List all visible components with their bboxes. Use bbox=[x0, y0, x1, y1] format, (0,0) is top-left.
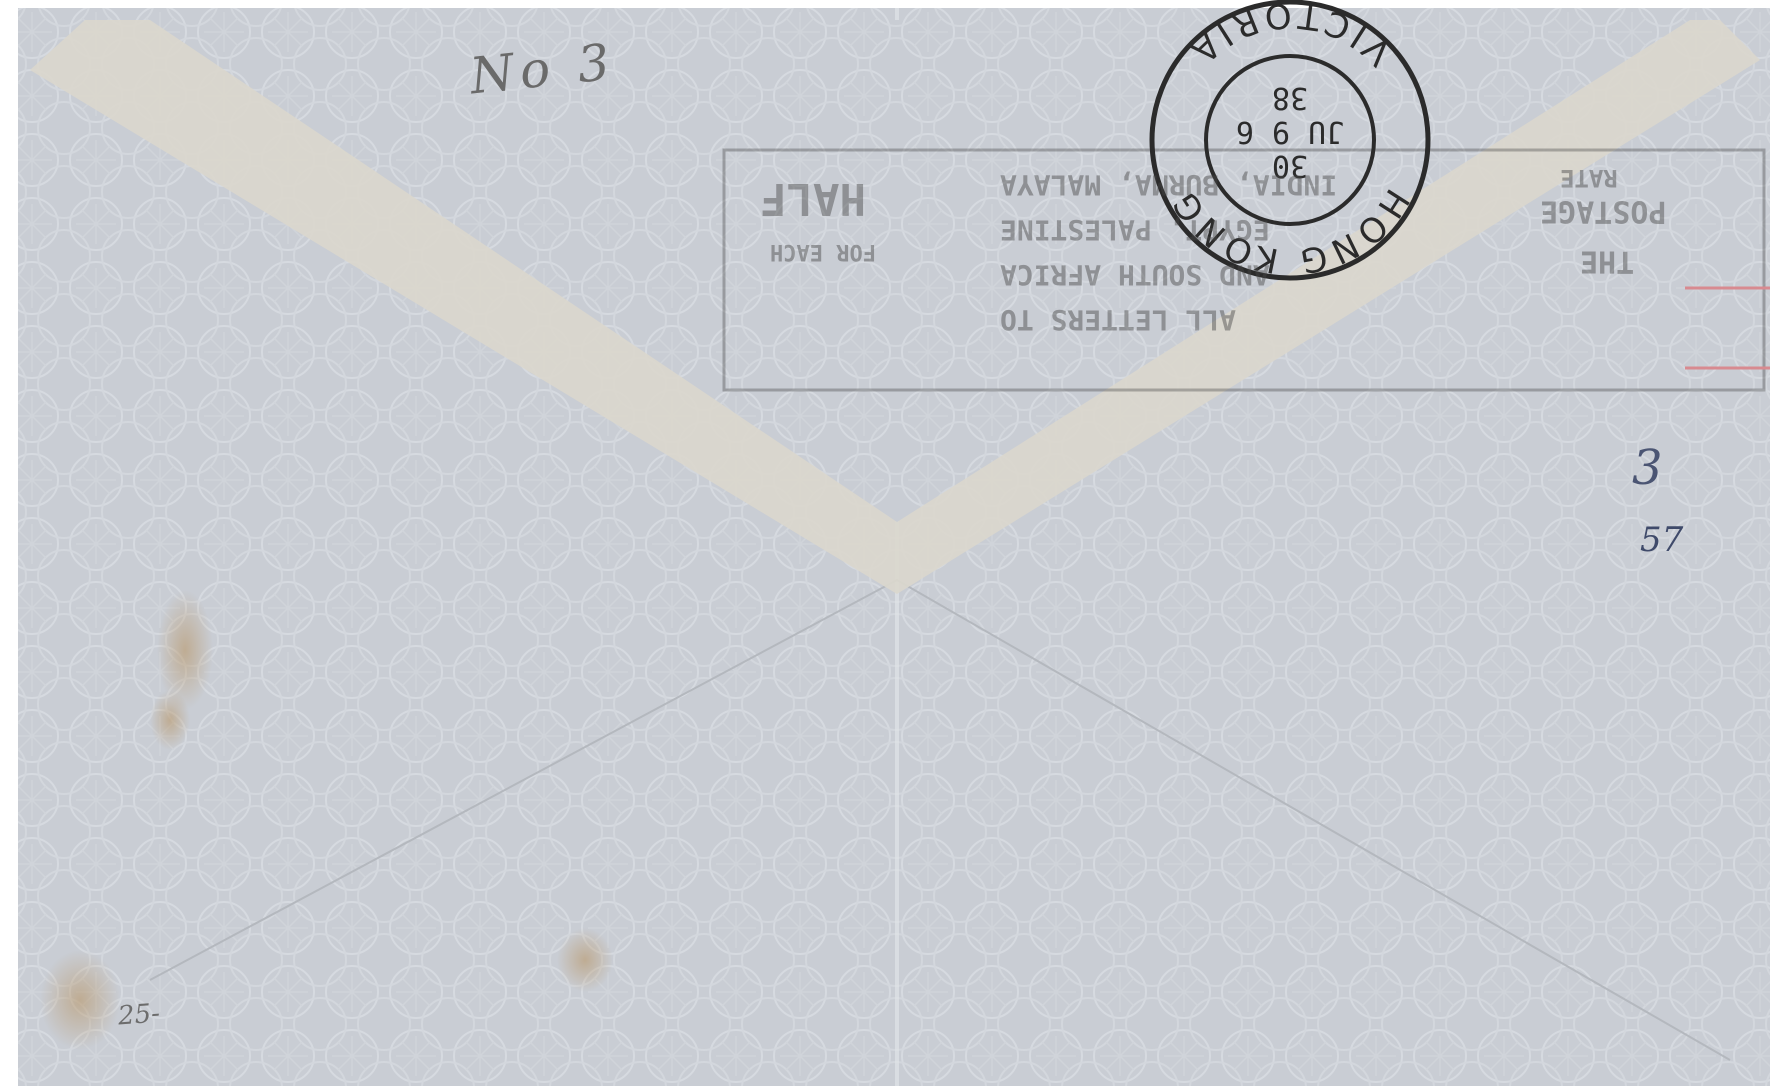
stain bbox=[40, 950, 120, 1050]
stain bbox=[150, 690, 190, 750]
slogan-line: AND SOUTH AFRICA bbox=[1000, 260, 1270, 289]
slogan-line: THE bbox=[1580, 245, 1634, 277]
blue-pencil-mark: 3 bbox=[1632, 440, 1663, 496]
slogan-line: INDIA, BURMA, MALAYA bbox=[1000, 170, 1337, 199]
slogan-line: ALL LETTERS TO bbox=[1000, 305, 1236, 334]
slogan-line: EGYPT, PALESTINE bbox=[1000, 215, 1270, 244]
envelope-back: HONG KONG VICTORIA 30JU 9 638 bbox=[0, 0, 1775, 1091]
pencil-mark: 25- bbox=[117, 999, 161, 1032]
slogan-line: FOR EACH bbox=[770, 240, 876, 263]
blue-pencil-mark: 57 bbox=[1640, 520, 1683, 560]
slogan-line: HALF bbox=[760, 175, 866, 221]
stain bbox=[557, 928, 613, 992]
slogan-line: RATE bbox=[1560, 165, 1618, 190]
slogan-line: POSTAGE bbox=[1540, 195, 1666, 227]
